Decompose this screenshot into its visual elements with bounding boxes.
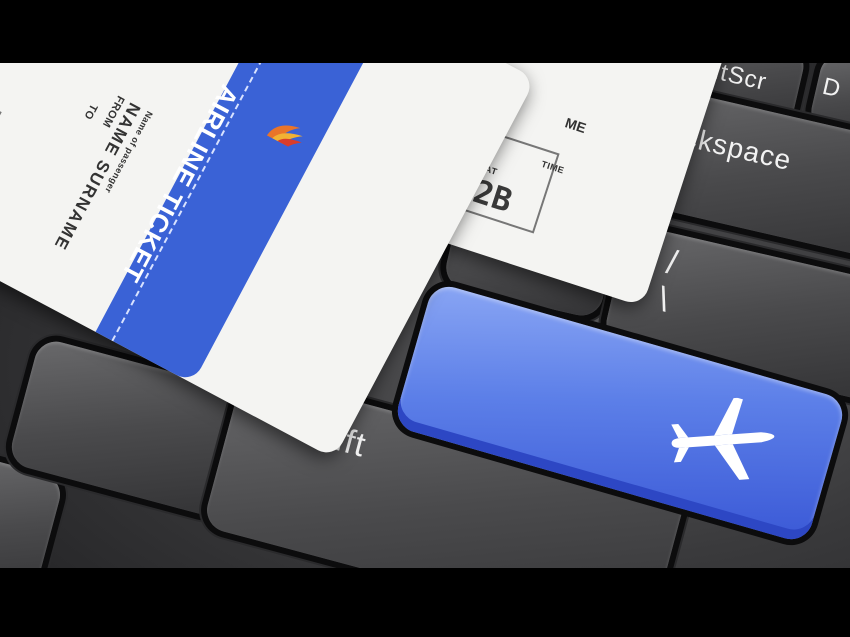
flight-box: [0, 91, 2, 177]
to-label: TO: [81, 102, 99, 122]
passenger-name: NAME SURNAME: [49, 99, 144, 254]
airplane-icon: [656, 382, 787, 499]
key-label: D: [820, 73, 844, 104]
photo: PrntScr D Backspace / \ Shift FLIGHT GAT…: [0, 63, 850, 568]
fine-print-2: Please see important notices on the back…: [147, 63, 239, 75]
partial-label: ME: [563, 114, 588, 136]
